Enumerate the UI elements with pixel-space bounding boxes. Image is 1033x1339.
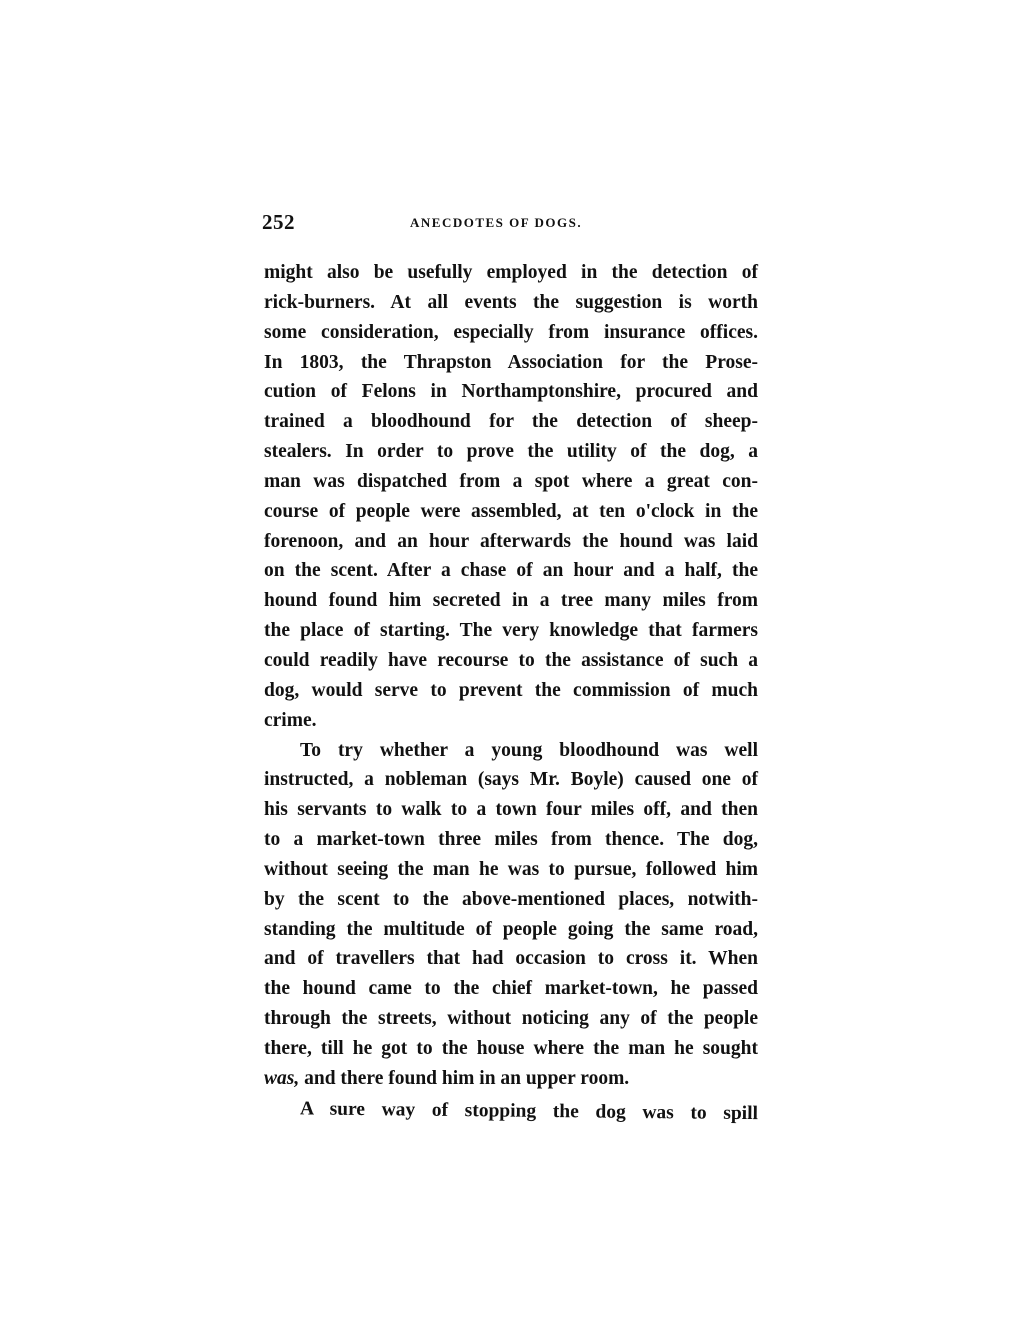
book-page: 252 ANECDOTES OF DOGS. might also be use… xyxy=(0,0,1033,1339)
text-line: on the scent. After a chase of an hour a… xyxy=(264,556,758,586)
text-line: A sure way of stopping the dog was to sp… xyxy=(264,1094,758,1129)
text-line: dog, would serve to prevent the commissi… xyxy=(264,676,758,706)
text-line: might also be usefully employed in the d… xyxy=(264,258,758,288)
text-line: instructed, a nobleman (says Mr. Boyle) … xyxy=(264,765,758,795)
text-line: forenoon, and an hour afterwards the hou… xyxy=(264,527,758,557)
text-line: the place of starting. The very knowledg… xyxy=(264,616,758,646)
text-line: and of travellers that had occasion to c… xyxy=(264,944,758,974)
page-number: 252 xyxy=(262,210,295,235)
paragraph-2: To try whether a young bloodhound was we… xyxy=(264,736,758,1094)
text-line: his servants to walk to a town four mile… xyxy=(264,795,758,825)
text-line: course of people were assembled, at ten … xyxy=(264,497,758,527)
text-line: standing the multitude of people going t… xyxy=(264,915,758,945)
text-line: could readily have recourse to the assis… xyxy=(264,646,758,676)
text-line: there, till he got to the house where th… xyxy=(264,1034,758,1064)
text-line: by the scent to the above-mentioned plac… xyxy=(264,885,758,915)
text-line: stealers. In order to prove the utility … xyxy=(264,437,758,467)
text-line: rick-burners. At all events the suggesti… xyxy=(264,288,758,318)
running-title: ANECDOTES OF DOGS. xyxy=(410,215,582,231)
text-line: to a market-town three miles from thence… xyxy=(264,825,758,855)
text-line: some consideration, especially from insu… xyxy=(264,318,758,348)
text-line: trained a bloodhound for the detection o… xyxy=(264,407,758,437)
paragraph-3: A sure way of stopping the dog was to sp… xyxy=(264,1094,758,1124)
text-line: man was dispatched from a spot where a g… xyxy=(264,467,758,497)
text-line: In 1803, the Thrapston Association for t… xyxy=(264,348,758,378)
text-line: without seeing the man he was to pursue,… xyxy=(264,855,758,885)
running-head: 252 ANECDOTES OF DOGS. xyxy=(262,210,762,240)
text-line: was, and there found him in an upper roo… xyxy=(264,1064,758,1094)
body-text: might also be usefully employed in the d… xyxy=(264,258,758,1123)
text-line: cution of Felons in Northamptonshire, pr… xyxy=(264,377,758,407)
italic-word: was, xyxy=(264,1068,299,1089)
text-line: through the streets, without noticing an… xyxy=(264,1004,758,1034)
text-line: crime. xyxy=(264,706,758,736)
text-line: hound found him secreted in a tree many … xyxy=(264,586,758,616)
line-rest: and there found him in an upper room. xyxy=(299,1068,629,1089)
paragraph-1: might also be usefully employed in the d… xyxy=(264,258,758,736)
text-line: To try whether a young bloodhound was we… xyxy=(264,736,758,766)
text-line: the hound came to the chief market-town,… xyxy=(264,974,758,1004)
